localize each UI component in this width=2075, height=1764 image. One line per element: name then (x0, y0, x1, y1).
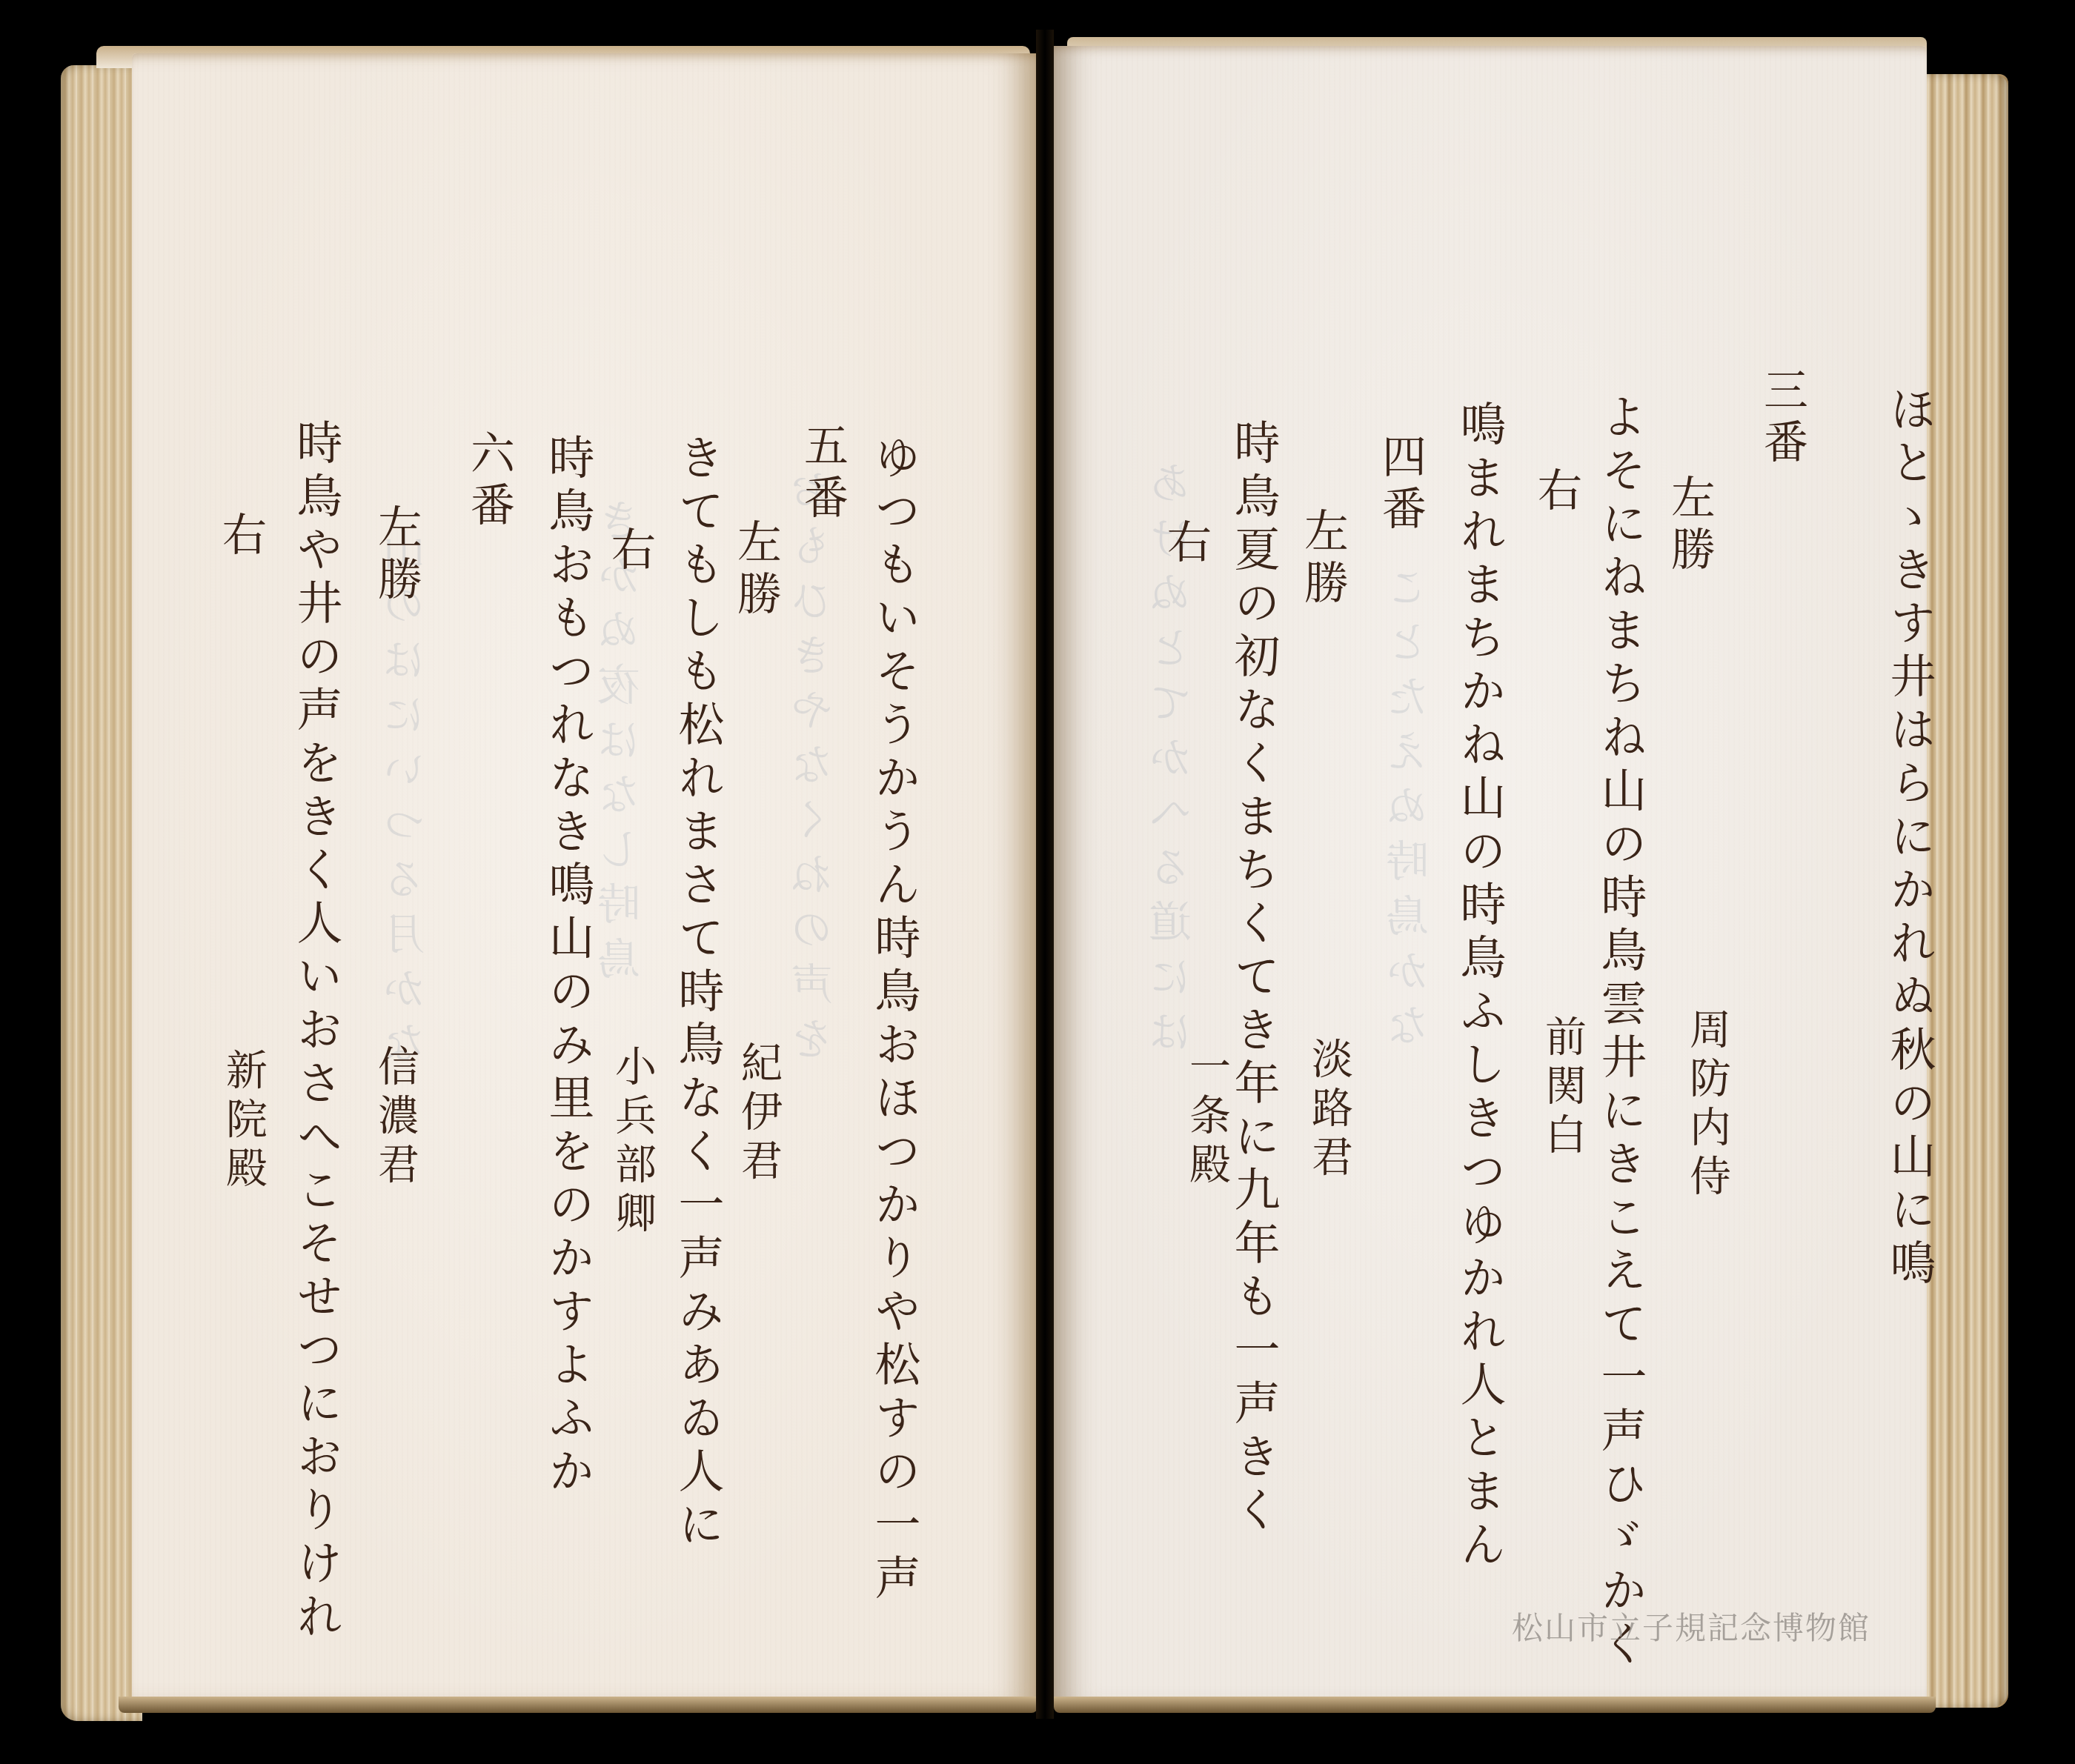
left-col-label-right-3: 右 (608, 526, 652, 578)
right-col-label-left-win: 左勝 (1667, 474, 1712, 578)
right-col-author-kanpaku: 前関白 (1541, 1015, 1583, 1162)
left-page-stack-edge (61, 65, 142, 1721)
bleed-through-text: おもひきやなくねの声を (784, 468, 846, 1071)
right-col-verse-4: 時鳥夏の初なくまちくてき年に九年も一声きく (1230, 419, 1276, 1539)
left-col-verse-1: ゆつもいそうかうん時鳥おほつかりや松すの一声 (871, 433, 917, 1607)
left-col-label-left-win-4: 左勝 (374, 504, 419, 608)
museum-watermark: 松山市立子規記念博物館 (1512, 1604, 1870, 1648)
manuscript-photo: おもひきやなくねの声を きかぬ夜はなし時鳥 山のはにいつる月かな あけぬとてかへ… (0, 0, 2075, 1764)
right-col-verse-2: よそにねまちね山の時鳥雲井にきこえて一声ひゞかく (1597, 393, 1643, 1673)
right-col-label-right: 右 (1534, 467, 1578, 519)
bleed-through-text: ことたえぬ時鳥かな (1380, 565, 1442, 1058)
right-col-verse-1: ほとゝきす井はらにかれぬ秋の山に鳴 (1886, 385, 1932, 1292)
right-col-author-suo: 周防内侍 (1686, 1008, 1727, 1203)
right-col-heading-4: 四番 (1378, 433, 1423, 537)
left-col-heading-6: 六番 (467, 430, 511, 533)
right-col-author-awaji: 淡路君 (1308, 1037, 1349, 1184)
right-col-verse-3: 鳴まれまちかね山の時鳥ふしきつゆかれ人とまん (1456, 400, 1502, 1574)
bleed-through-text: 山のはにいつる月かな (376, 527, 439, 1076)
left-col-verse-3: 時鳥おもつれなき鳴山のみ里をのかすよふか (545, 433, 591, 1500)
left-col-author-shinano: 信濃君 (374, 1045, 416, 1191)
left-col-verse-2: きてもしも松れまさて時鳥なく一声みあゐ人に (674, 433, 720, 1554)
left-col-label-right-4: 右 (219, 511, 263, 563)
right-bottom-edge (1054, 1697, 1936, 1713)
left-bottom-edge (119, 1697, 1037, 1713)
left-col-verse-4: 時鳥や井の声をきく人いおさへこそせつにおりけれ (293, 419, 339, 1645)
left-col-heading-5: 五番 (800, 422, 845, 526)
left-col-author-shin-in: 新院殿 (222, 1048, 264, 1195)
right-col-author-ichijo: 一条殿 (1186, 1045, 1227, 1191)
left-col-author-kii: 紀伊君 (737, 1041, 779, 1188)
right-col-heading-3: 三番 (1760, 367, 1805, 470)
right-col-label-right-2: 右 (1163, 519, 1208, 570)
right-col-label-left-win-2: 左勝 (1301, 507, 1345, 611)
left-col-label-left-win-3: 左勝 (734, 519, 778, 622)
book-gutter (1036, 30, 1054, 1719)
left-col-author-hyobukyo: 小兵部卿 (611, 1045, 653, 1240)
